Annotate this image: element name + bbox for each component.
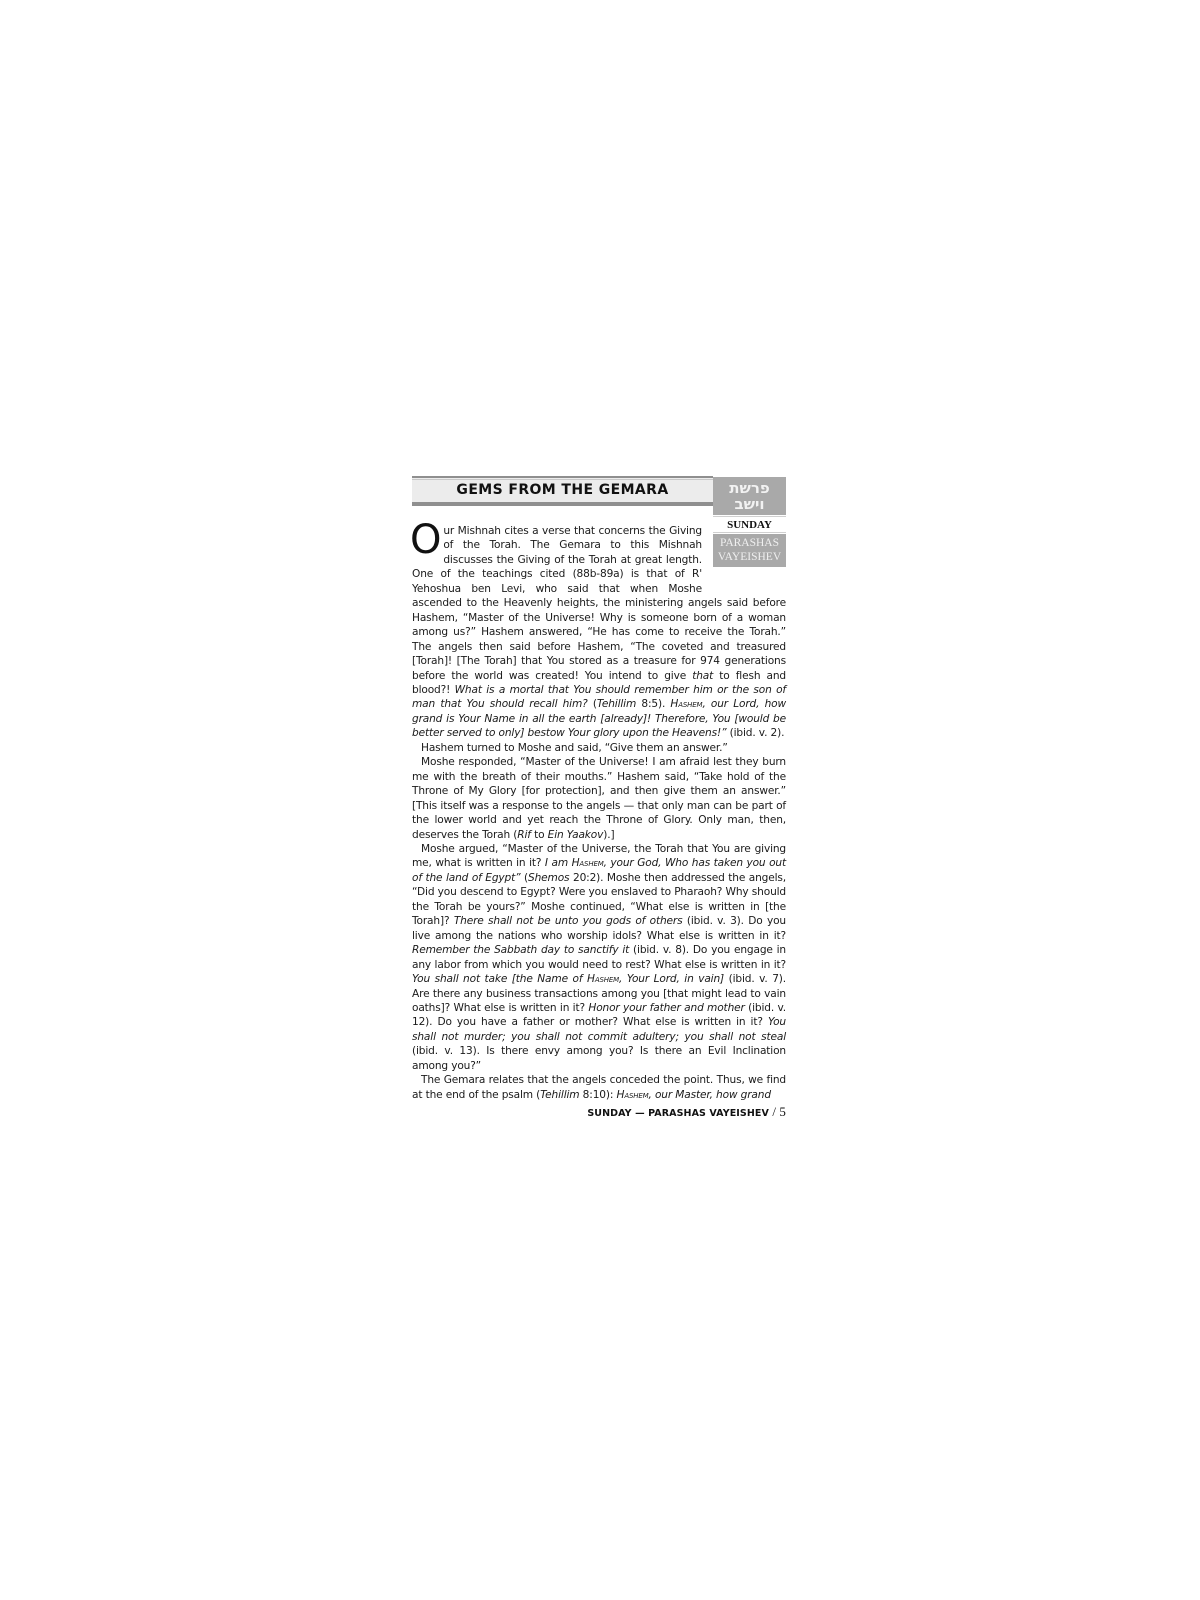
- paragraph-5-text: The Gemara relates that the angels conce…: [412, 1074, 786, 1100]
- paragraph-4-text: Moshe argued, “Master of the Universe, t…: [412, 843, 786, 1072]
- page-footer: SUNDAY — PARASHAS VAYEISHEV / 5: [412, 1104, 786, 1120]
- page-number: 5: [779, 1104, 786, 1119]
- side-tab-spacer: [702, 524, 786, 582]
- running-head: SUNDAY — PARASHAS VAYEISHEV: [587, 1108, 769, 1119]
- paragraph-1: O ur Mishnah cites a verse that concerns…: [412, 524, 786, 741]
- paragraph-2: Hashem turned to Moshe and said, “Give t…: [412, 741, 786, 755]
- paragraph-5: The Gemara relates that the angels conce…: [412, 1073, 786, 1102]
- paragraph-3: Moshe responded, “Master of the Universe…: [412, 755, 786, 842]
- paragraph-3-text: Moshe responded, “Master of the Universe…: [412, 756, 786, 840]
- paragraph-2-text: Hashem turned to Moshe and said, “Give t…: [421, 742, 728, 754]
- hebrew-line-1: פרשת: [713, 480, 786, 496]
- hebrew-line-2: וישב: [713, 496, 786, 512]
- section-header: GEMS FROM THE GEMARA: [412, 476, 713, 506]
- hebrew-parasha-box: פרשת וישב: [713, 477, 786, 515]
- paragraph-4: Moshe argued, “Master of the Universe, t…: [412, 842, 786, 1073]
- section-title: GEMS FROM THE GEMARA: [456, 482, 668, 498]
- drop-cap: O: [410, 525, 441, 555]
- footer-separator: /: [769, 1104, 779, 1119]
- article-body: O ur Mishnah cites a verse that concerns…: [412, 524, 786, 1102]
